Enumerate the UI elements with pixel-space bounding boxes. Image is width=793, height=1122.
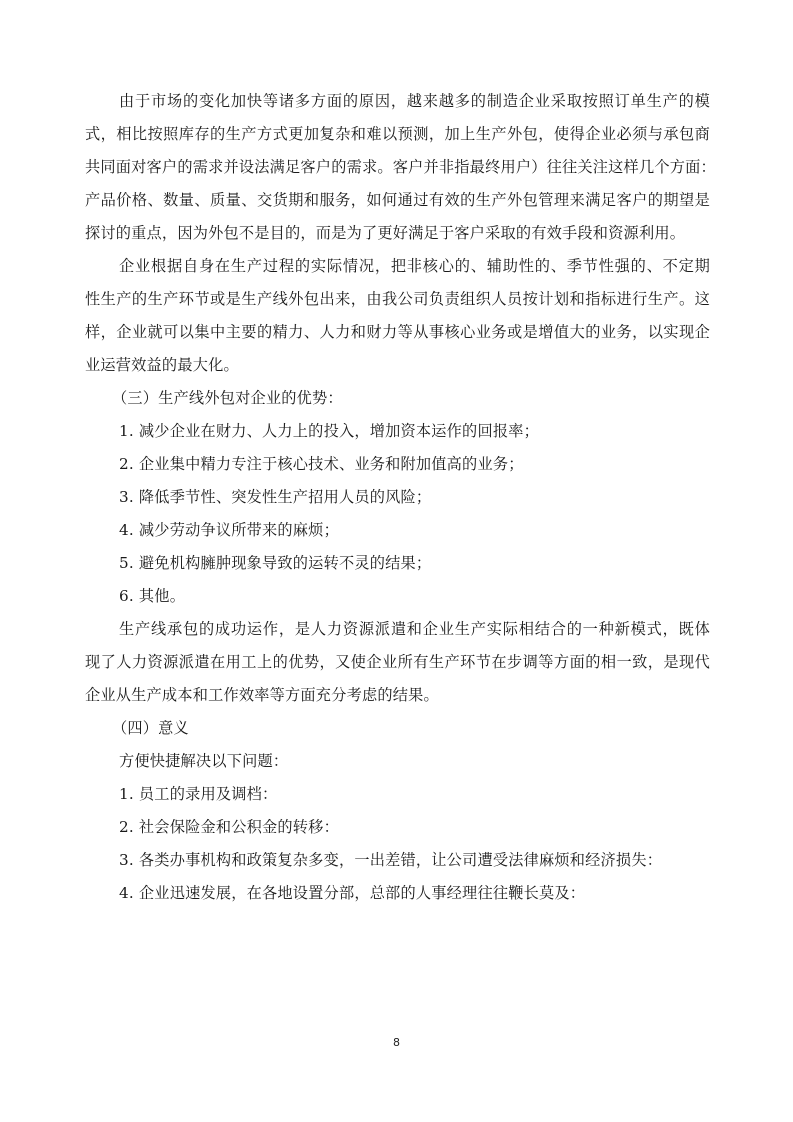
document-page: 由于市场的变化加快等诸多方面的原因，越来越多的制造企业采取按照订单生产的模 式，… bbox=[0, 0, 793, 1122]
text-line: 式，相比按照库存的生产方式更加复杂和难以预测，加上生产外包，使得企业必须与承包商 bbox=[85, 123, 710, 145]
text-line: 现了人力资源派遣在用工上的优势，又使企业所有生产环节在步调等方面的相一致，是现代 bbox=[85, 651, 710, 673]
section-intro: 方便快捷解决以下问题： bbox=[119, 750, 288, 772]
page-number: 8 bbox=[0, 1036, 793, 1049]
list-item: 2. 企业集中精力专注于核心技术、业务和附加值高的业务； bbox=[119, 453, 524, 475]
list-item: 1. 员工的录用及调档： bbox=[119, 783, 277, 805]
text-line: 样，企业就可以集中主要的精力、人力和财力等从事核心业务或是增值大的业务，以实现企 bbox=[85, 321, 710, 343]
list-item: 5. 避免机构臃肿现象导致的运转不灵的结果； bbox=[119, 552, 431, 574]
list-item: 3. 各类办事机构和政策复杂多变，一出差错，让公司遭受法律麻烦和经济损失： bbox=[119, 849, 662, 871]
list-item: 2. 社会保险金和公积金的转移： bbox=[119, 816, 339, 838]
text-line: 企业从生产成本和工作效率等方面充分考虑的结果。 bbox=[85, 684, 710, 706]
text-line: 业运营效益的最大化。 bbox=[85, 354, 710, 376]
list-item: 1. 减少企业在财力、人力上的投入，增加资本运作的回报率； bbox=[119, 420, 539, 442]
text-line: 生产线承包的成功运作，是人力资源派遣和企业生产实际相结合的一种新模式，既体 bbox=[119, 618, 710, 640]
section-heading: （四）意义 bbox=[112, 717, 189, 739]
text-line: 产品价格、数量、质量、交货期和服务，如何通过有效的生产外包管理来满足客户的期望是 bbox=[85, 189, 710, 211]
list-item: 6. 其他。 bbox=[119, 585, 185, 607]
list-item: 3. 降低季节性、突发性生产招用人员的风险； bbox=[119, 486, 431, 508]
text-line: 企业根据自身在生产过程的实际情况，把非核心的、辅助性的、季节性强的、不定期 bbox=[119, 255, 710, 277]
section-heading: （三）生产线外包对企业的优势： bbox=[112, 387, 343, 409]
list-item: 4. 企业迅速发展，在各地设置分部，总部的人事经理往往鞭长莫及： bbox=[119, 882, 585, 904]
text-line: 由于市场的变化加快等诸多方面的原因，越来越多的制造企业采取按照订单生产的模 bbox=[119, 90, 710, 112]
text-line: 共同面对客户的需求并设法满足客户的需求。客户并非指最终用户）往往关注这样几个方面… bbox=[85, 156, 710, 178]
text-line: 探讨的重点，因为外包不是目的，而是为了更好满足于客户采取的有效手段和资源利用。 bbox=[85, 222, 710, 244]
text-line: 性生产的生产环节或是生产线外包出来，由我公司负责组织人员按计划和指标进行生产。这 bbox=[85, 288, 710, 310]
list-item: 4. 减少劳动争议所带来的麻烦； bbox=[119, 519, 339, 541]
